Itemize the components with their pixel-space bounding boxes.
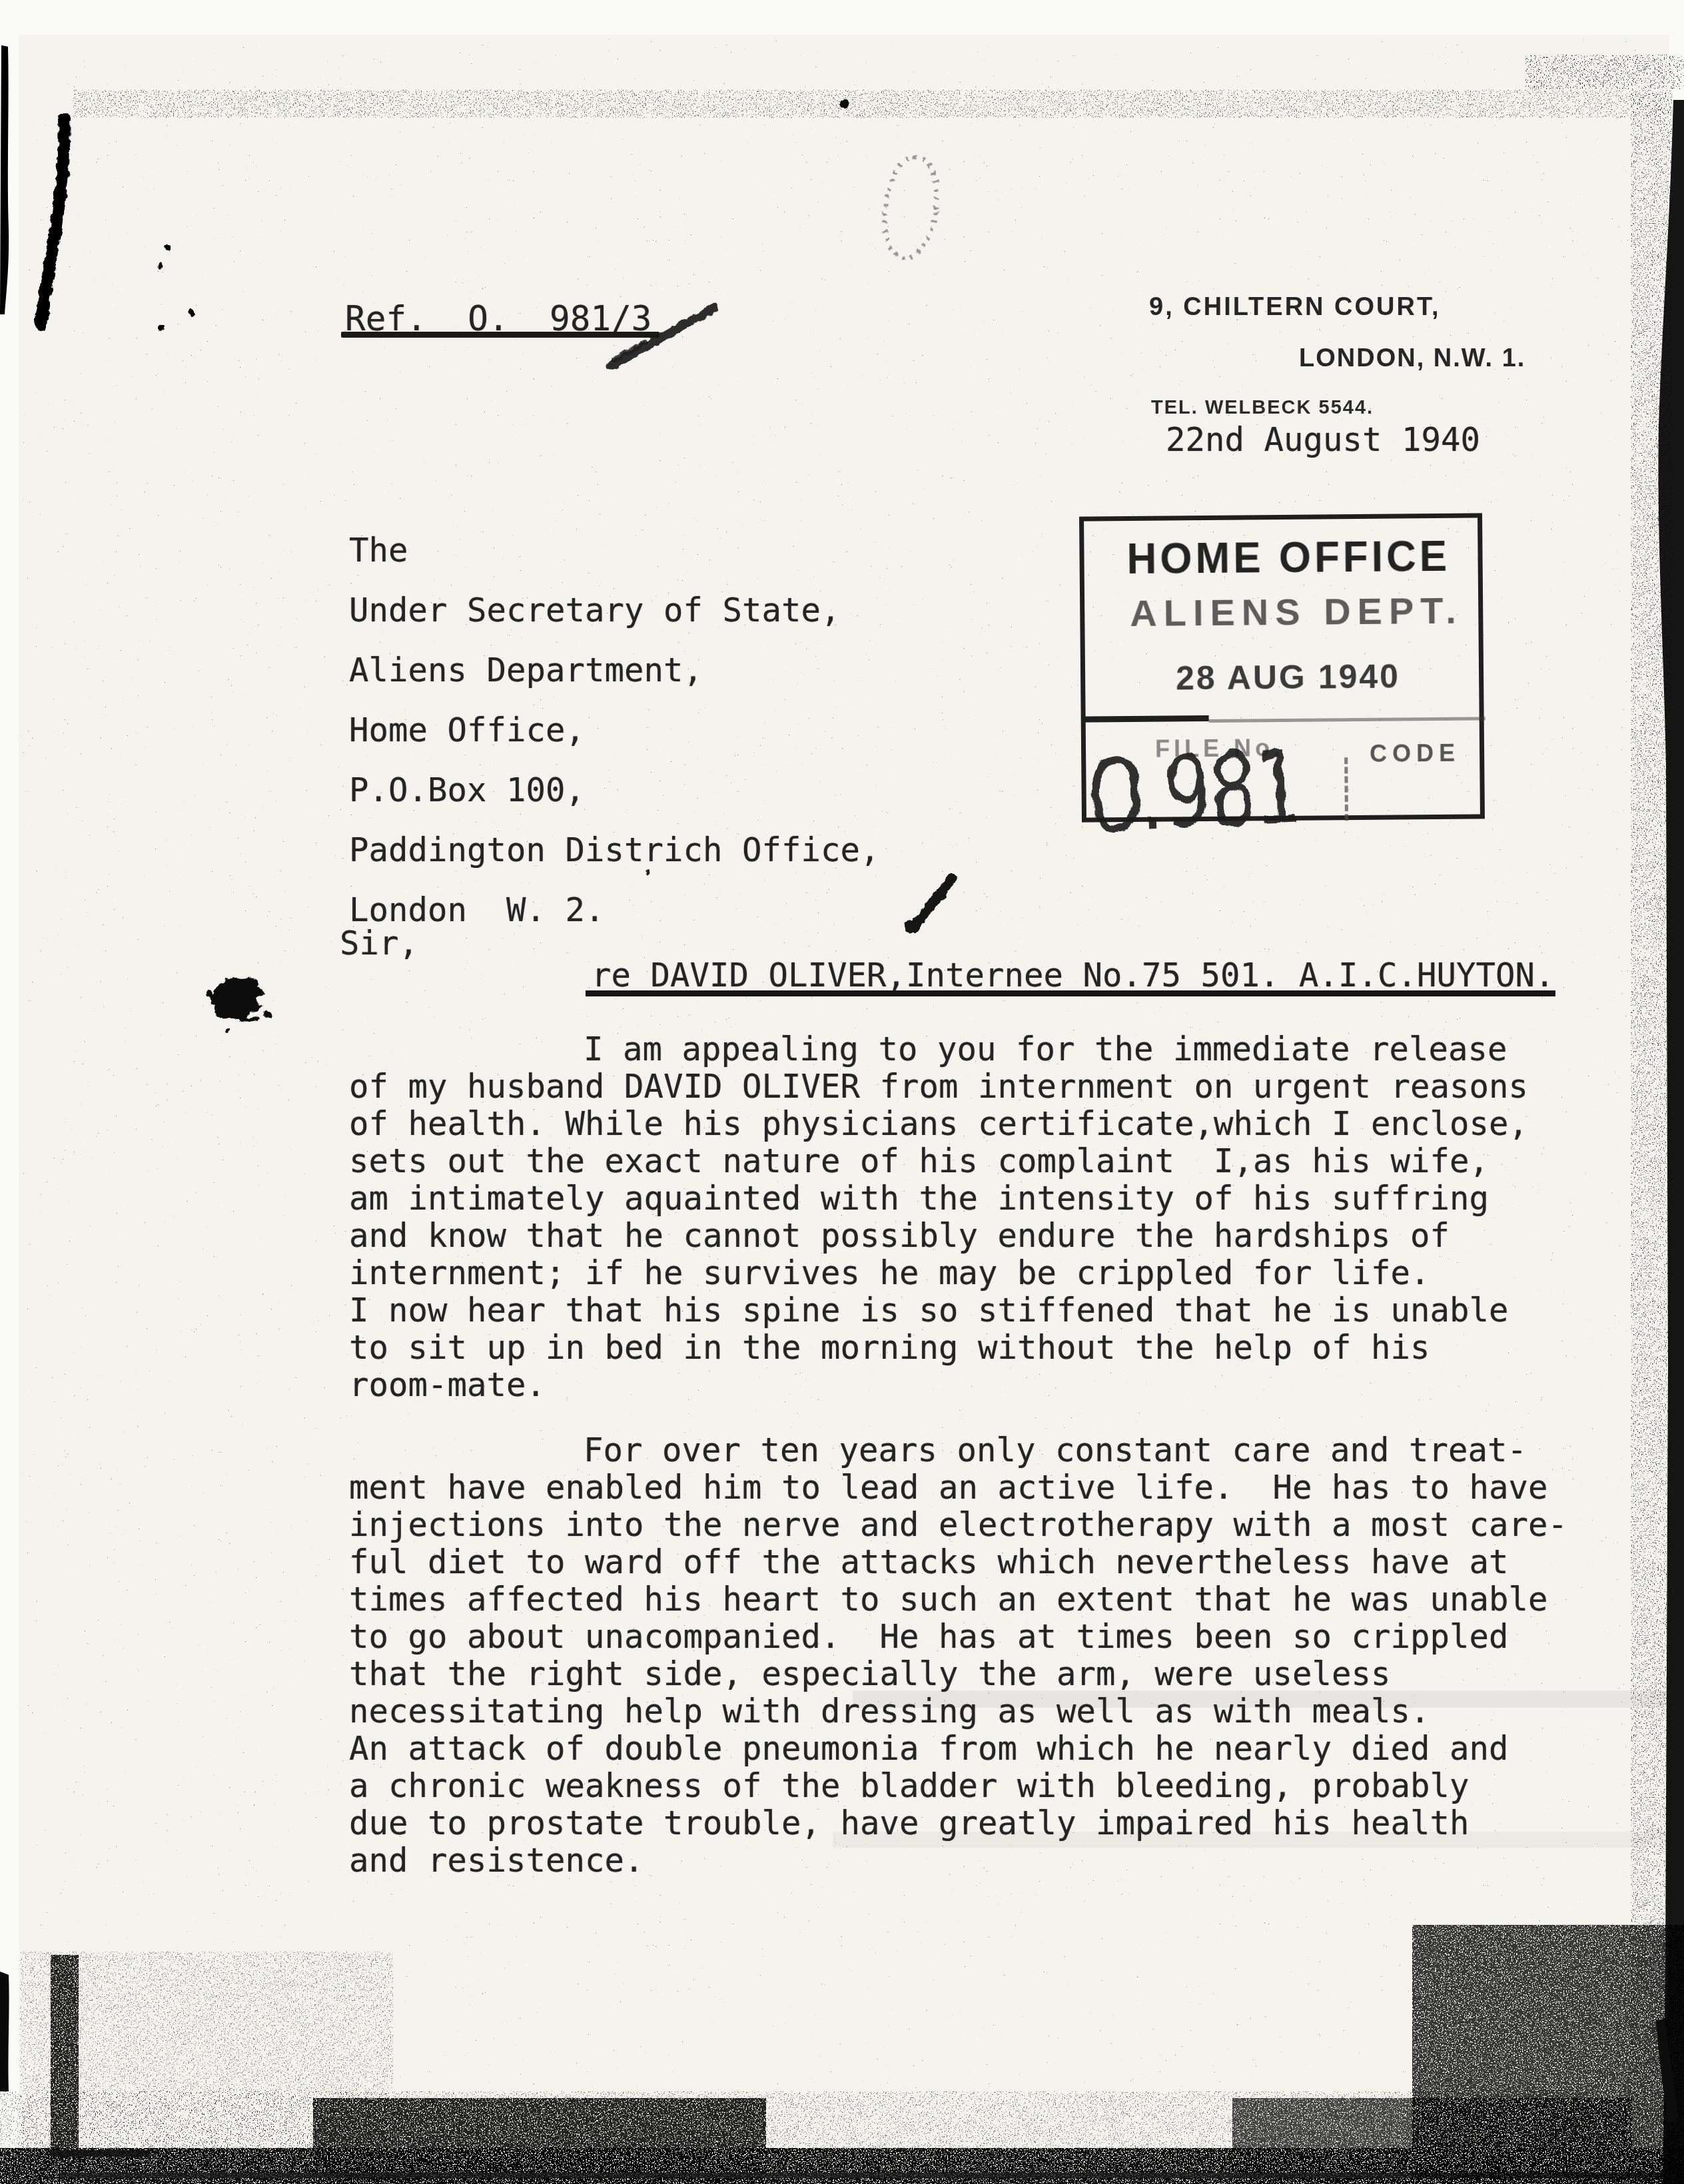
recipient-address: The Under Secretary of State, Aliens Dep…	[349, 532, 880, 951]
recipient-line: P.O.Box 100,	[349, 771, 880, 831]
scanned-letter: Ref. O. 981/3 9, CHILTERN COURT, LONDON,…	[0, 0, 1684, 2184]
body-paragraph-2: For over ten years only constant care an…	[349, 1432, 1615, 1880]
recipient-line: Home Office,	[349, 711, 880, 771]
stamp-divider	[1081, 715, 1209, 723]
recipient-line: Aliens Department,	[349, 651, 880, 711]
recipient-line: Paddington Districh Office,	[349, 831, 880, 891]
stamp-received-date: 28 AUG 1940	[1176, 657, 1400, 697]
body-paragraph-1: I am appealing to you for the immediate …	[349, 1031, 1615, 1404]
stamp-file-label: FILE No.	[1155, 734, 1284, 763]
letterhead-telephone: TEL. WELBECK 5544.	[1151, 397, 1374, 419]
recipient-line: The	[349, 532, 880, 591]
stamp-code-divider	[1344, 757, 1348, 821]
stamp-department: ALIENS DEPT.	[1130, 589, 1463, 635]
stamp-divider-faint	[1209, 717, 1485, 723]
subject-underline	[586, 990, 1555, 996]
letterhead-street: 9, CHILTERN COURT,	[1149, 293, 1441, 322]
home-office-received-stamp: HOME OFFICE ALIENS DEPT. 28 AUG 1940 FIL…	[1079, 513, 1485, 822]
letter-date: 22nd August 1940	[1166, 421, 1480, 459]
stamp-code-label: CODE	[1370, 739, 1460, 768]
bottom-left-corner-blob	[0, 1972, 9, 2091]
letterhead-city: LONDON, N.W. 1.	[1299, 344, 1525, 373]
reference-underline	[341, 332, 659, 338]
recipient-line: Under Secretary of State,	[349, 591, 880, 651]
subject-line: re DAVID OLIVER,Internee No.75 501. A.I.…	[592, 956, 1555, 994]
recipient-line: London W. 2.	[349, 891, 880, 951]
stamp-office-name: HOME OFFICE	[1126, 532, 1450, 583]
salutation: Sir,	[340, 924, 418, 962]
left-edge-dark-strip	[0, 45, 9, 314]
